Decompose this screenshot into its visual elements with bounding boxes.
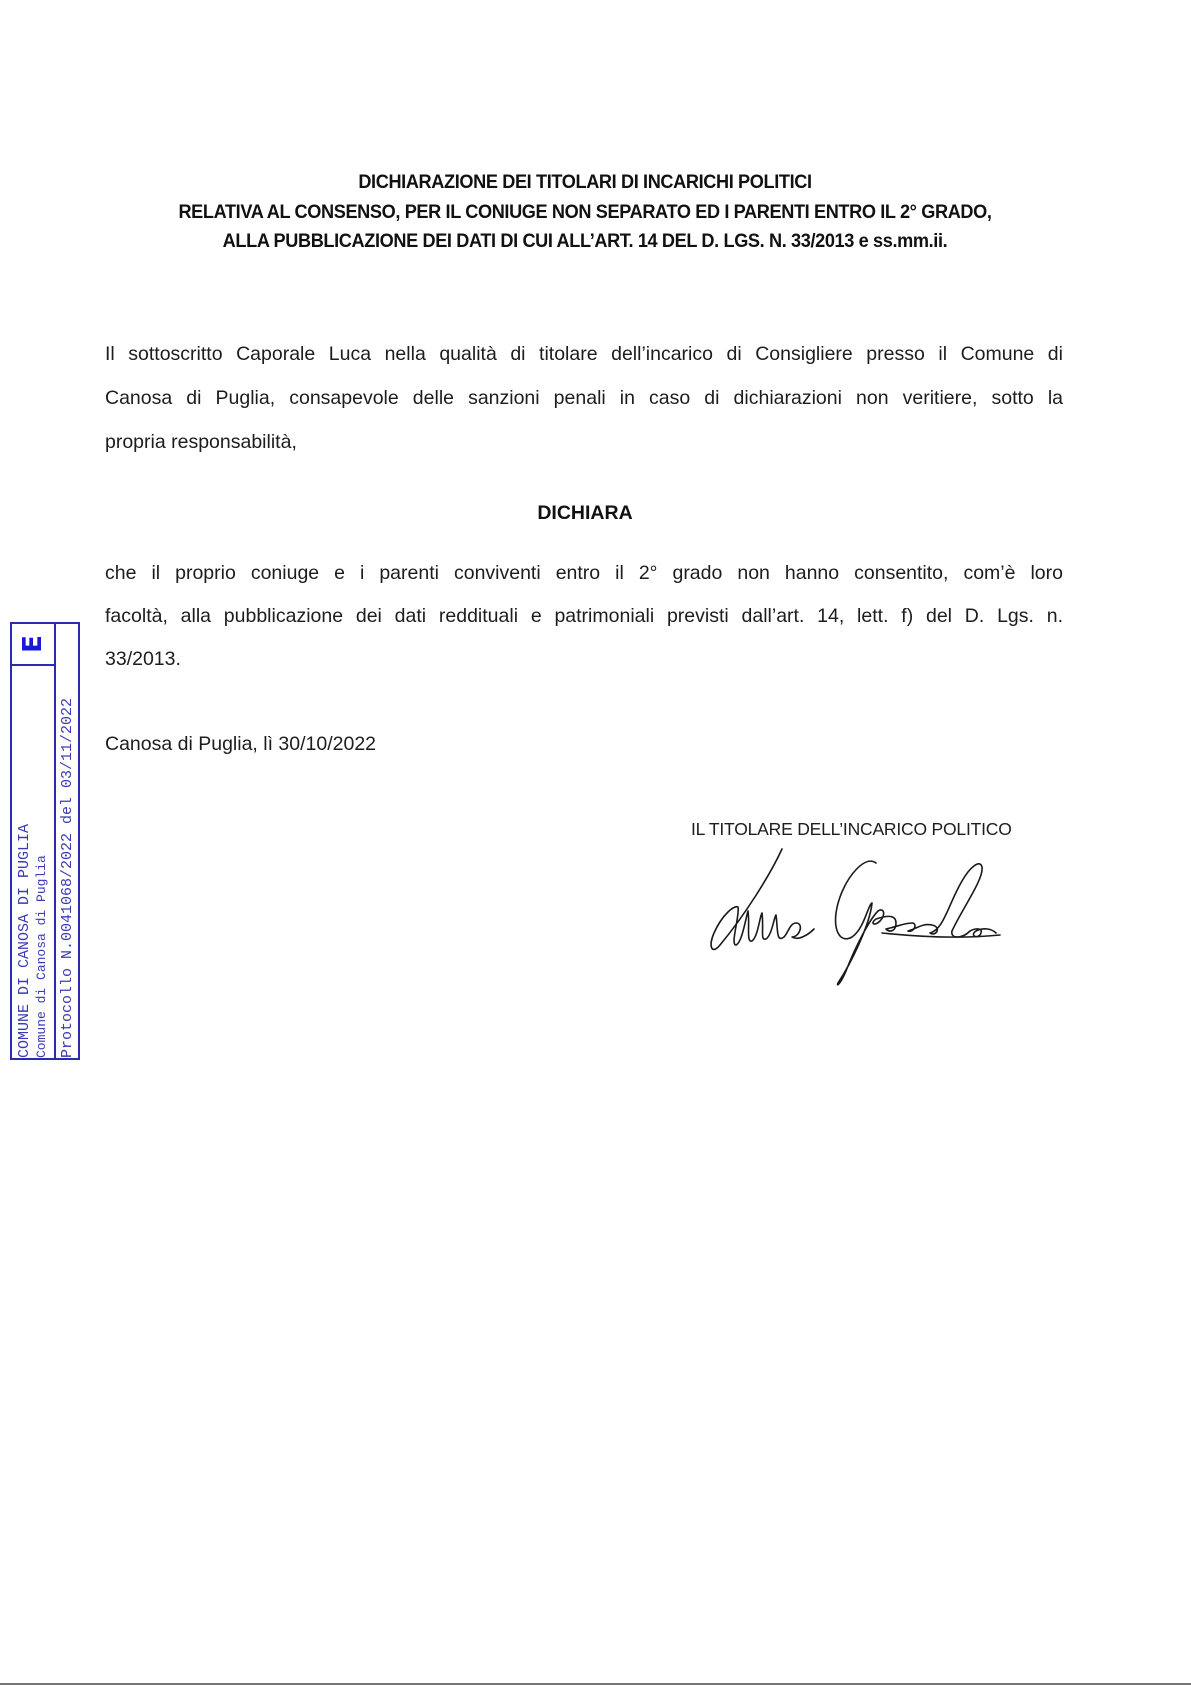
heading-line-2: RELATIVA AL CONSENSO, PER IL CONIUGE NON… xyxy=(97,198,1074,228)
heading-line-1: DICHIARAZIONE DEI TITOLARI DI INCARICHI … xyxy=(97,168,1074,198)
document-page: DICHIARAZIONE DEI TITOLARI DI INCARICHI … xyxy=(0,0,1191,1685)
paragraph-line: propria responsabilità, xyxy=(105,429,1063,455)
paragraph-line: Canosa di Puglia, consapevole delle sanz… xyxy=(105,385,1063,411)
document-heading: DICHIARAZIONE DEI TITOLARI DI INCARICHI … xyxy=(97,168,1074,257)
stamp-office-subtitle: Comune di Canosa di Puglia xyxy=(34,855,50,1058)
signature-label: IL TITOLARE DELL’INCARICO POLITICO xyxy=(691,819,1012,840)
protocol-stamp: E COMUNE DI CANOSA DI PUGLIA Comune di C… xyxy=(10,622,80,1060)
paragraph-line: Il sottoscritto Caporale Luca nella qual… xyxy=(105,341,1063,367)
heading-line-3: ALLA PUBBLICAZIONE DEI DATI DI CUI ALL’A… xyxy=(97,227,1074,257)
stamp-protocol-number: Protocollo N.0041068/2022 del 03/11/2022 xyxy=(58,698,78,1058)
handwritten-signature xyxy=(700,845,1060,995)
stamp-divider xyxy=(54,624,56,1058)
stamp-letter-box: E xyxy=(12,624,54,666)
paragraph-line: facoltà, alla pubblicazione dei dati red… xyxy=(105,603,1063,629)
declares-heading: DICHIARA xyxy=(0,502,1170,525)
paragraph-line: che il proprio coniuge e i parenti convi… xyxy=(105,560,1063,586)
stamp-office-name: COMUNE DI CANOSA DI PUGLIA xyxy=(16,824,34,1058)
paragraph-line: 33/2013. xyxy=(105,646,1063,672)
place-and-date: Canosa di Puglia, lì 30/10/2022 xyxy=(105,733,376,756)
stamp-letter: E xyxy=(20,635,46,653)
